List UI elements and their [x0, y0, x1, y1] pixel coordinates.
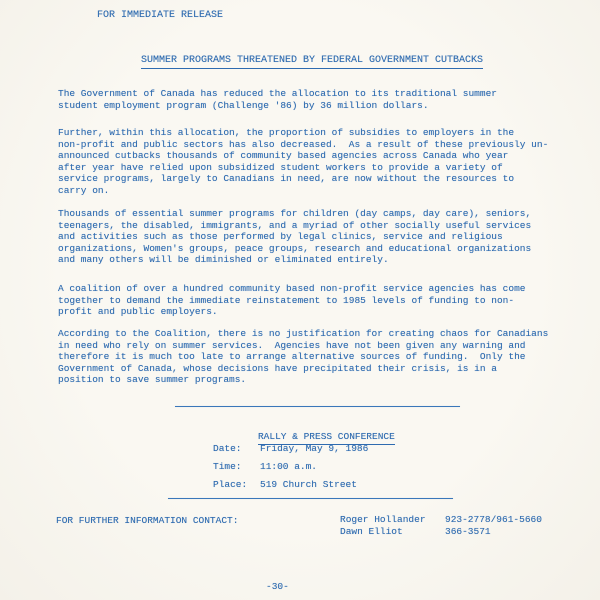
paragraph-allocation: Further, within this allocation, the pro…: [58, 127, 548, 197]
document-title: SUMMER PROGRAMS THREATENED BY FEDERAL GO…: [0, 43, 600, 81]
paragraph-intro: The Government of Canada has reduced the…: [58, 88, 497, 111]
contact-name-2: Dawn Elliot: [340, 526, 403, 538]
paragraph-programs: Thousands of essential summer programs f…: [58, 208, 531, 266]
contact-phone-1: 923-2778/961-5660: [445, 514, 542, 526]
release-line: FOR IMMEDIATE RELEASE: [97, 10, 223, 22]
rally-place-label: Place:: [213, 479, 247, 491]
rally-time-value: 11:00 a.m.: [260, 461, 317, 473]
divider-line-top: [175, 406, 460, 407]
rally-date-label: Date:: [213, 443, 242, 455]
contact-phone-2: 366-3571: [445, 526, 491, 538]
paragraph-coalition: A coalition of over a hundred community …: [58, 283, 525, 318]
contact-label: FOR FURTHER INFORMATION CONTACT:: [56, 515, 238, 527]
document-title-text: SUMMER PROGRAMS THREATENED BY FEDERAL GO…: [141, 55, 483, 70]
rally-time-label: Time:: [213, 461, 242, 473]
rally-date-value: Friday, May 9, 1986: [260, 443, 368, 455]
press-release-page: FOR IMMEDIATE RELEASE SUMMER PROGRAMS TH…: [0, 0, 600, 600]
page-end-marker: -30-: [266, 581, 289, 593]
divider-line-bottom: [168, 498, 453, 499]
rally-place-value: 519 Church Street: [260, 479, 357, 491]
contact-name-1: Roger Hollander: [340, 514, 426, 526]
paragraph-justification: According to the Coalition, there is no …: [58, 328, 548, 386]
